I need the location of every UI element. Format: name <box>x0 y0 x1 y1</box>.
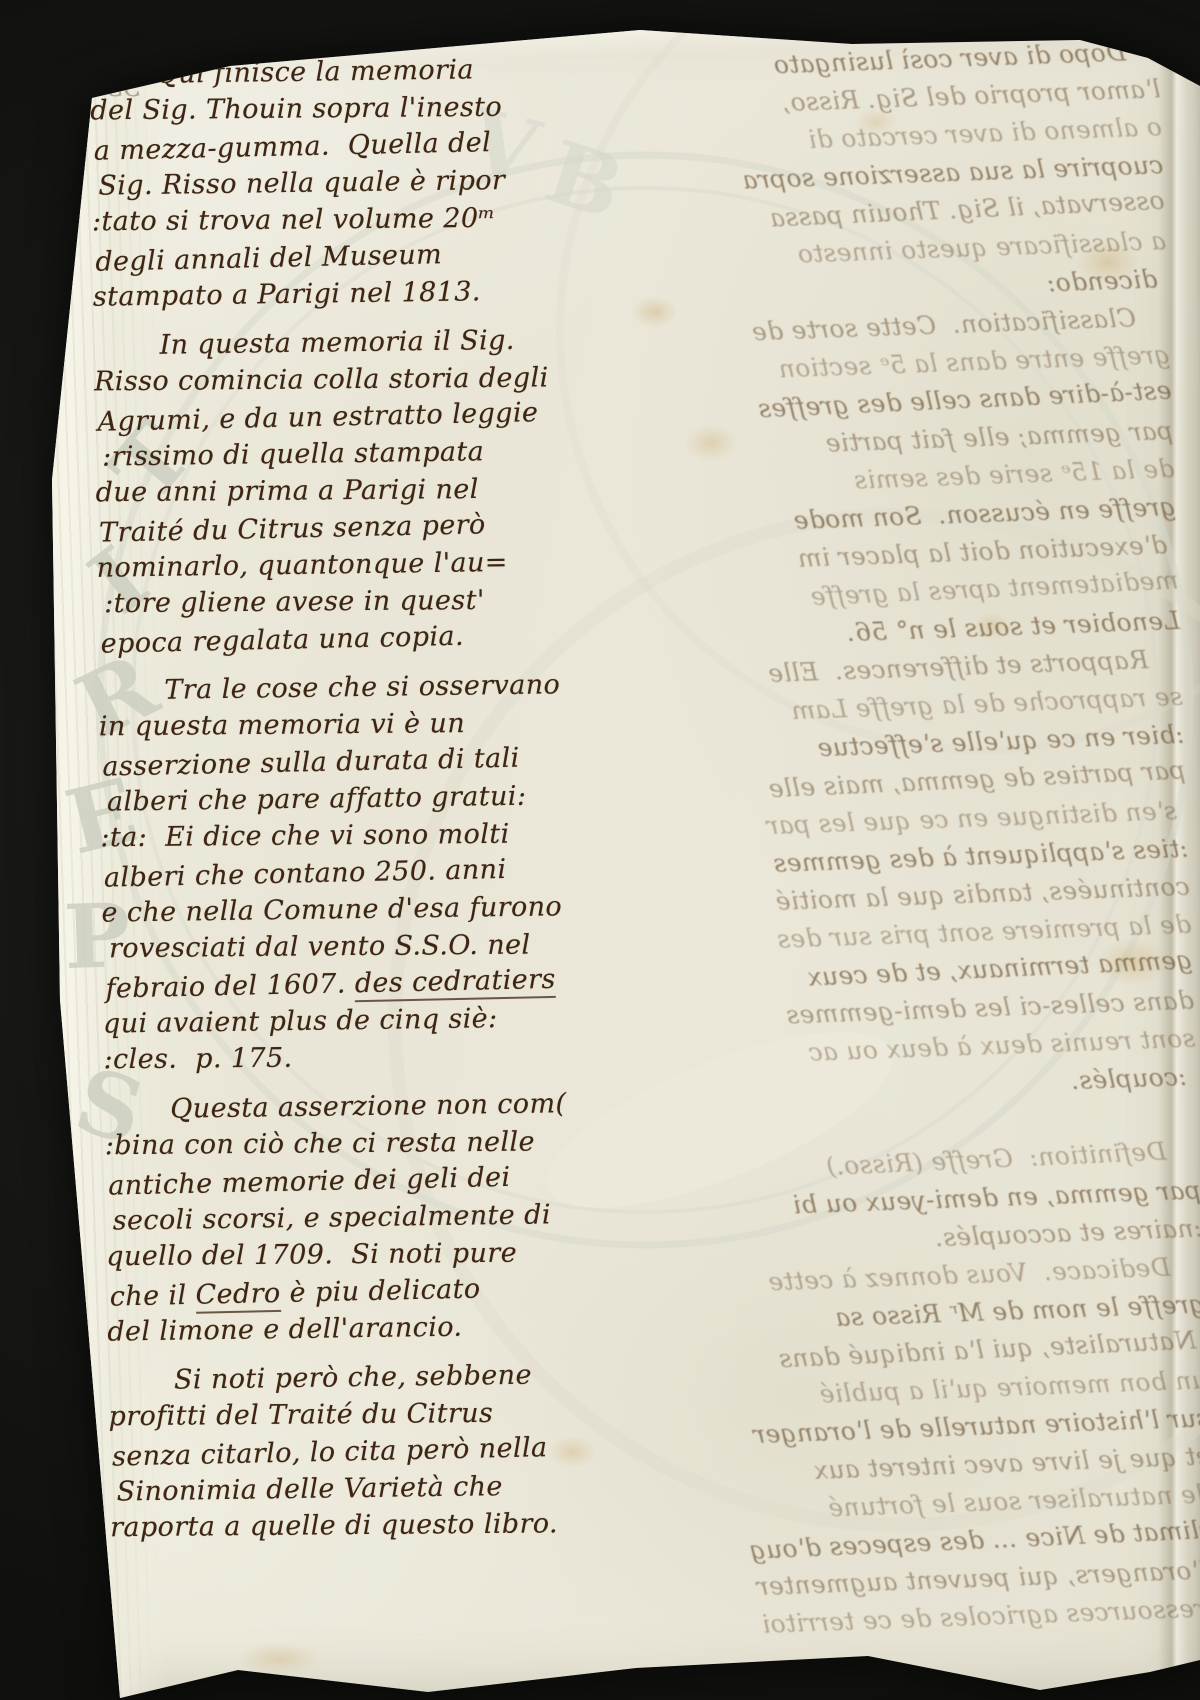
manuscript-paragraph: In questa memoria il Sig.Risso comincia … <box>93 325 623 665</box>
manuscript-left-column: Qui finisce la memoriadel Sig. Thouin so… <box>90 54 636 1552</box>
manuscript-page: TIREPS VB 33 Qui finisce la memoriadel S… <box>0 0 1200 1700</box>
manuscript-line: epoca regalata una copia. <box>100 619 626 667</box>
manuscript-line: raporta a quelle di questo libro. <box>110 1510 635 1552</box>
manuscript-paragraph: Qui finisce la memoriadel Sig. Thouin so… <box>90 54 619 320</box>
manuscript-paragraph: Si noti però che, sebbeneprofitti del Tr… <box>108 1360 636 1552</box>
page-wrap: TIREPS VB 33 Qui finisce la memoriadel S… <box>0 0 1200 1700</box>
foxing-stain <box>238 1642 322 1676</box>
manuscript-paragraph: Questa asserzione non com(:bina con ciò … <box>104 1089 633 1355</box>
photo-frame: TIREPS VB 33 Qui finisce la memoriadel S… <box>0 0 1200 1700</box>
bleedthrough-right-column: Dopo di aver così lusingatol'amor propri… <box>599 38 1200 1653</box>
manuscript-line: :cles. p. 175. <box>103 1042 628 1084</box>
manuscript-paragraph: Tra le cose che si osservanoin questa me… <box>98 670 629 1084</box>
